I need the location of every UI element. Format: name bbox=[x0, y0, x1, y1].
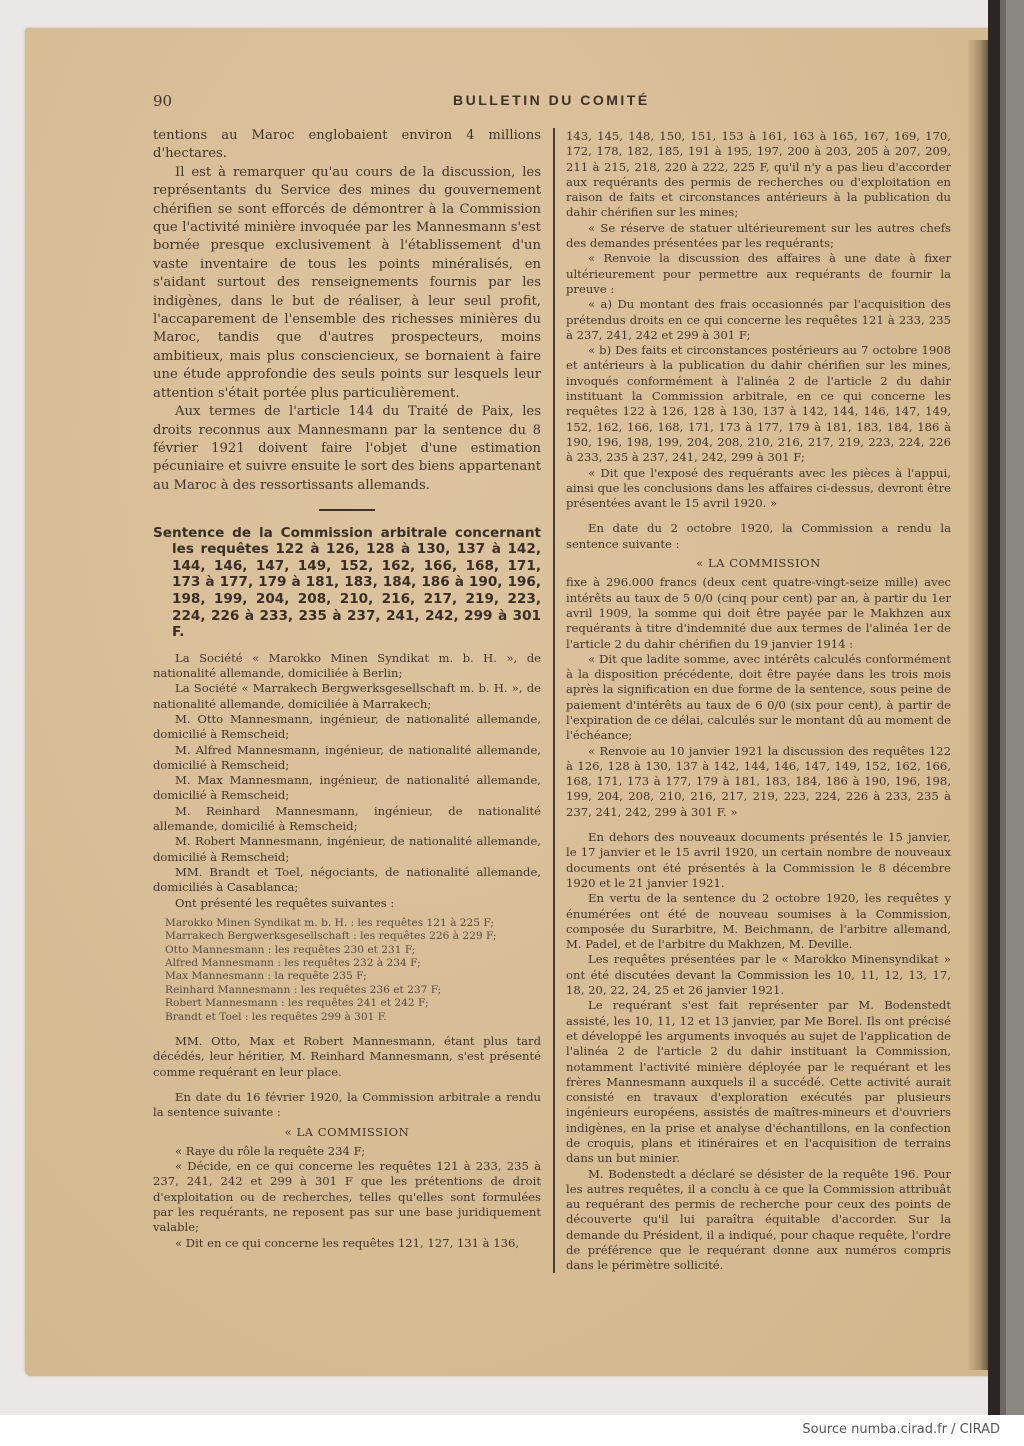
running-header: 90 BULLETIN DU COMITÉ bbox=[153, 92, 953, 112]
request-item: Max Mannesmann : la requête 235 F; bbox=[165, 970, 541, 983]
paragraph: M. Bodenstedt a déclaré se désister de l… bbox=[566, 1167, 951, 1274]
section-title: Sentence de la Commission arbitrale conc… bbox=[153, 525, 541, 641]
requests-list: Marokko Minen Syndikat m. b. H. : les re… bbox=[153, 917, 541, 1024]
paragraph: MM. Otto, Max et Robert Mannesmann, étan… bbox=[153, 1034, 541, 1080]
paragraph: En date du 16 février 1920, la Commissio… bbox=[153, 1090, 541, 1121]
page-number: 90 bbox=[153, 92, 172, 110]
party-entry: La Société « Marrakech Bergwerksgesellsc… bbox=[153, 681, 541, 712]
party-entry: M. Robert Mannesmann, ingénieur, de nati… bbox=[153, 834, 541, 865]
request-item: Alfred Mannesmann : les requêtes 232 à 2… bbox=[165, 957, 541, 970]
paragraph: tentions au Maroc englobaient environ 4 … bbox=[153, 127, 541, 164]
binding-dark-band bbox=[988, 0, 1000, 1415]
page-edge-shadow bbox=[968, 40, 988, 1370]
ruling: « a) Du montant des frais occasionnés pa… bbox=[566, 297, 951, 343]
request-item: Otto Mannesmann : les requêtes 230 et 23… bbox=[165, 944, 541, 957]
party-entry: M. Reinhard Mannesmann, ingénieur, de na… bbox=[153, 804, 541, 835]
party-entry: La Société « Marokko Minen Syndikat m. b… bbox=[153, 651, 541, 682]
left-column: tentions au Maroc englobaient environ 4 … bbox=[153, 127, 541, 1251]
commission-heading: « LA COMMISSION bbox=[566, 556, 951, 571]
ruling: « Dit que ladite somme, avec intérêts ca… bbox=[566, 652, 951, 744]
request-item: Reinhard Mannesmann : les requêtes 236 e… bbox=[165, 984, 541, 997]
paragraph: Le requérant s'est fait représenter par … bbox=[566, 998, 951, 1166]
column-divider bbox=[553, 128, 555, 1273]
request-item: Brandt et Toel : les requêtes 299 à 301 … bbox=[165, 1011, 541, 1024]
party-entry: Ont présenté les requêtes suivantes : bbox=[153, 896, 541, 911]
ruling: « Renvoie au 10 janvier 1921 la discussi… bbox=[566, 744, 951, 820]
paragraph: En vertu de la sentence du 2 octobre 192… bbox=[566, 891, 951, 952]
source-credit: Source numba.cirad.fr / CIRAD bbox=[802, 1422, 1000, 1437]
ruling: « Décide, en ce qui concerne les requête… bbox=[153, 1159, 541, 1235]
binding-light-band bbox=[1006, 0, 1024, 1415]
request-item: Marokko Minen Syndikat m. b. H. : les re… bbox=[165, 917, 541, 930]
commission-heading: « LA COMMISSION bbox=[153, 1125, 541, 1140]
ruling: fixe à 296.000 francs (deux cent quatre-… bbox=[566, 575, 951, 651]
ruling: « Dit en ce qui concerne les requêtes 12… bbox=[153, 1236, 541, 1251]
party-entry: MM. Brandt et Toel, négociants, de natio… bbox=[153, 865, 541, 896]
ruling: « Raye du rôle la requête 234 F; bbox=[153, 1144, 541, 1159]
ruling: « b) Des faits et circonstances postérie… bbox=[566, 343, 951, 465]
binding-strip bbox=[988, 0, 1024, 1415]
party-entry: M. Alfred Mannesmann, ingénieur, de nati… bbox=[153, 743, 541, 774]
section-separator bbox=[319, 509, 375, 511]
party-entry: M. Otto Mannesmann, ingénieur, de nation… bbox=[153, 712, 541, 743]
ruling: « Se réserve de statuer ultérieurement s… bbox=[566, 221, 951, 252]
request-item: Robert Mannesmann : les requêtes 241 et … bbox=[165, 997, 541, 1010]
paragraph: 143, 145, 148, 150, 151, 153 à 161, 163 … bbox=[566, 129, 951, 221]
right-column: 143, 145, 148, 150, 151, 153 à 161, 163 … bbox=[566, 129, 951, 1274]
running-title: BULLETIN DU COMITÉ bbox=[453, 92, 650, 108]
paragraph: Il est à remarquer qu'au cours de la dis… bbox=[153, 164, 541, 403]
ruling: « Dit que l'exposé des requérants avec l… bbox=[566, 466, 951, 512]
party-entry: M. Max Mannesmann, ingénieur, de nationa… bbox=[153, 773, 541, 804]
paragraph: En dehors des nouveaux documents présent… bbox=[566, 830, 951, 891]
request-item: Marrakech Bergwerksgesellschaft : les re… bbox=[165, 930, 541, 943]
paragraph: En date du 2 octobre 1920, la Commission… bbox=[566, 521, 951, 552]
paragraph: Aux termes de l'article 144 du Traité de… bbox=[153, 403, 541, 495]
ruling: « Renvoie la discussion des affaires à u… bbox=[566, 251, 951, 297]
paragraph: Les requêtes présentées par le « Marokko… bbox=[566, 952, 951, 998]
